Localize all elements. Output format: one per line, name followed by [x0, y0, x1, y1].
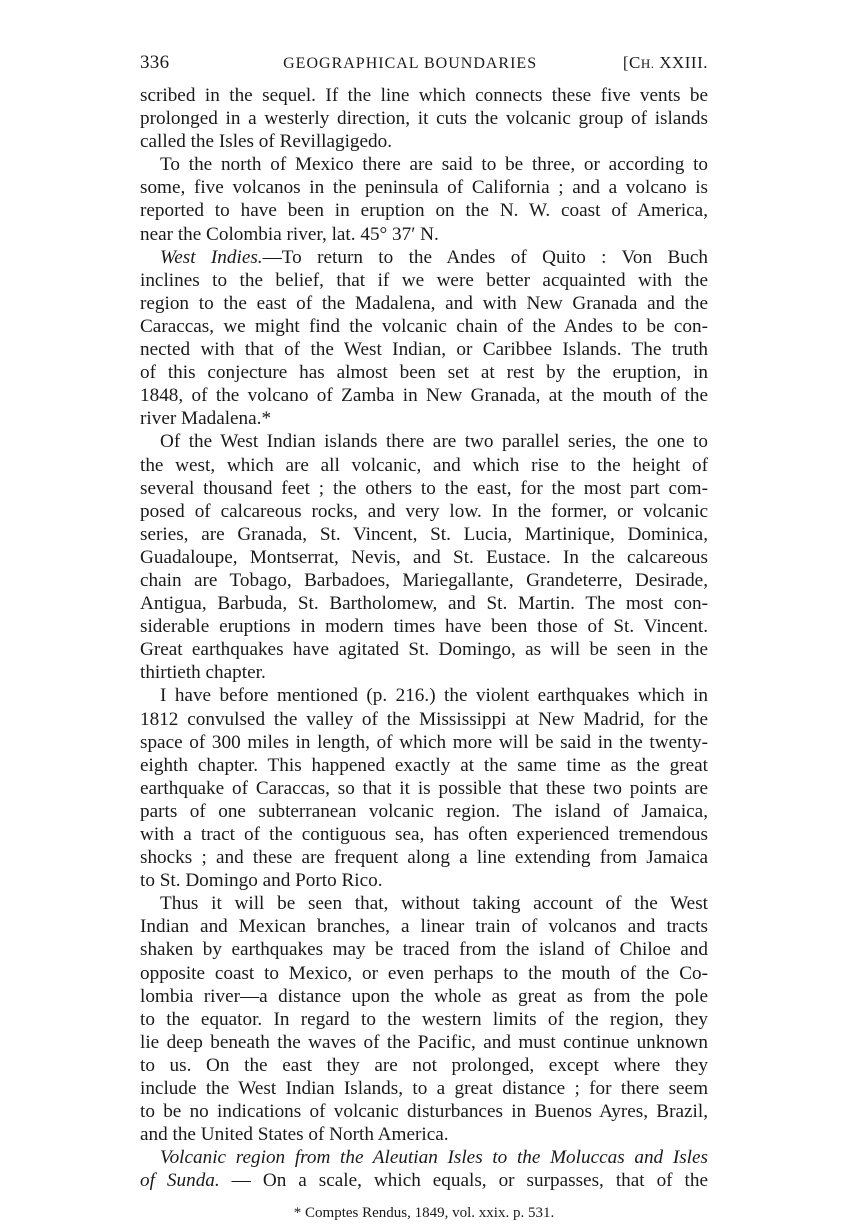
paragraph: To the north of Mexico there are said to… [140, 153, 708, 245]
text-line: to the equator. In regard to the western… [140, 1008, 708, 1031]
text-line: include the West Indian Islands, to a gr… [140, 1077, 708, 1100]
text-run: — On a scale, which equals, or surpasses… [220, 1170, 708, 1191]
section-heading-aleutian-cont: of Sunda. [140, 1170, 220, 1191]
text-line: Great earthquakes have agitated St. Domi… [140, 638, 708, 661]
paragraph: West Indies.—To return to the Andes of Q… [140, 246, 708, 431]
book-page: 336 GEOGRAPHICAL BOUNDARIES [CH. XXIII. … [140, 52, 708, 1223]
section-heading-west-indies: West Indies. [160, 247, 263, 268]
text-line: Guadaloupe, Montserrat, Nevis, and St. E… [140, 546, 708, 569]
chapter-label: [CH. XXIII. [623, 53, 708, 73]
paragraph: Thus it will be seen that, without takin… [140, 892, 708, 1146]
text-line: Antigua, Barbuda, St. Bartholomew, and S… [140, 592, 708, 615]
text-line: prolonged in a westerly direction, it cu… [140, 107, 708, 130]
footnote: * Comptes Rendus, 1849, vol. xxix. p. 53… [140, 1203, 708, 1223]
text-line: to St. Domingo and Porto Rico. [140, 869, 708, 892]
running-head: 336 GEOGRAPHICAL BOUNDARIES [CH. XXIII. [140, 52, 708, 80]
paragraph: I have before mentioned (p. 216.) the vi… [140, 684, 708, 892]
text-line: thirtieth chapter. [140, 661, 708, 684]
paragraph: Volcanic region from the Aleutian Isles … [140, 1146, 708, 1192]
text-run: —To return to the Andes of Quito : Von B… [263, 247, 708, 268]
chapter-number: XXIII. [654, 53, 708, 72]
section-heading-aleutian: Volcanic region from the Aleutian Isles … [160, 1147, 708, 1168]
text-line: West Indies.—To return to the Andes of Q… [140, 246, 708, 269]
text-line: the west, which are all volcanic, and wh… [140, 454, 708, 477]
paragraph: Of the West Indian islands there are two… [140, 430, 708, 684]
chapter-smallcaps: H. [641, 56, 655, 71]
text-line: to be no indications of volcanic disturb… [140, 1100, 708, 1123]
running-title: GEOGRAPHICAL BOUNDARIES [283, 55, 537, 73]
text-line: parts of one subterranean volcanic regio… [140, 800, 708, 823]
text-line: several thousand feet ; the others to th… [140, 477, 708, 500]
text-line: chain are Tobago, Barbadoes, Mariegallan… [140, 569, 708, 592]
text-line: opposite coast to Mexico, or even perhap… [140, 962, 708, 985]
paragraph: scribed in the sequel. If the line which… [140, 84, 708, 153]
text-line: posed of calcareous rocks, and very low.… [140, 500, 708, 523]
text-line: lie deep beneath the waves of the Pacifi… [140, 1031, 708, 1054]
text-line: lombia river—a distance upon the whole a… [140, 985, 708, 1008]
text-line: shocks ; and these are frequent along a … [140, 846, 708, 869]
text-line: some, five volcanos in the peninsula of … [140, 176, 708, 199]
text-line: Thus it will be seen that, without takin… [140, 892, 708, 915]
text-line: and the United States of North America. [140, 1123, 708, 1146]
text-line: of this conjecture has almost been set a… [140, 361, 708, 384]
text-line: To the north of Mexico there are said to… [140, 153, 708, 176]
page-number: 336 [140, 52, 169, 74]
text-line: eighth chapter. This happened exactly at… [140, 754, 708, 777]
text-line: shaken by earthquakes may be traced from… [140, 938, 708, 961]
text-line: Caraccas, we might find the volcanic cha… [140, 315, 708, 338]
chapter-prefix: [C [623, 53, 641, 72]
text-line: 1812 convulsed the valley of the Mississ… [140, 708, 708, 731]
text-line: with a tract of the contiguous sea, has … [140, 823, 708, 846]
text-line: inclines to the belief, that if we were … [140, 269, 708, 292]
text-line: region to the east of the Madalena, and … [140, 292, 708, 315]
text-line: near the Colombia river, lat. 45° 37′ N. [140, 223, 708, 246]
text-line: scribed in the sequel. If the line which… [140, 84, 708, 107]
text-line: siderable eruptions in modern times have… [140, 615, 708, 638]
text-line: I have before mentioned (p. 216.) the vi… [140, 684, 708, 707]
text-line: Of the West Indian islands there are two… [140, 430, 708, 453]
text-line: to us. On the east they are not prolonge… [140, 1054, 708, 1077]
body-text: scribed in the sequel. If the line which… [140, 84, 708, 1193]
text-line: reported to have been in eruption on the… [140, 199, 708, 222]
text-line: 1848, of the volcano of Zamba in New Gra… [140, 384, 708, 407]
text-line: Indian and Mexican branches, a linear tr… [140, 915, 708, 938]
text-line: called the Isles of Revillagigedo. [140, 130, 708, 153]
text-line: space of 300 miles in length, of which m… [140, 731, 708, 754]
text-line: of Sunda. — On a scale, which equals, or… [140, 1169, 708, 1192]
text-line: nected with that of the West Indian, or … [140, 338, 708, 361]
text-line: earthquake of Caraccas, so that it is po… [140, 777, 708, 800]
text-line: Volcanic region from the Aleutian Isles … [140, 1146, 708, 1169]
text-line: river Madalena.* [140, 407, 708, 430]
text-line: series, are Granada, St. Vincent, St. Lu… [140, 523, 708, 546]
